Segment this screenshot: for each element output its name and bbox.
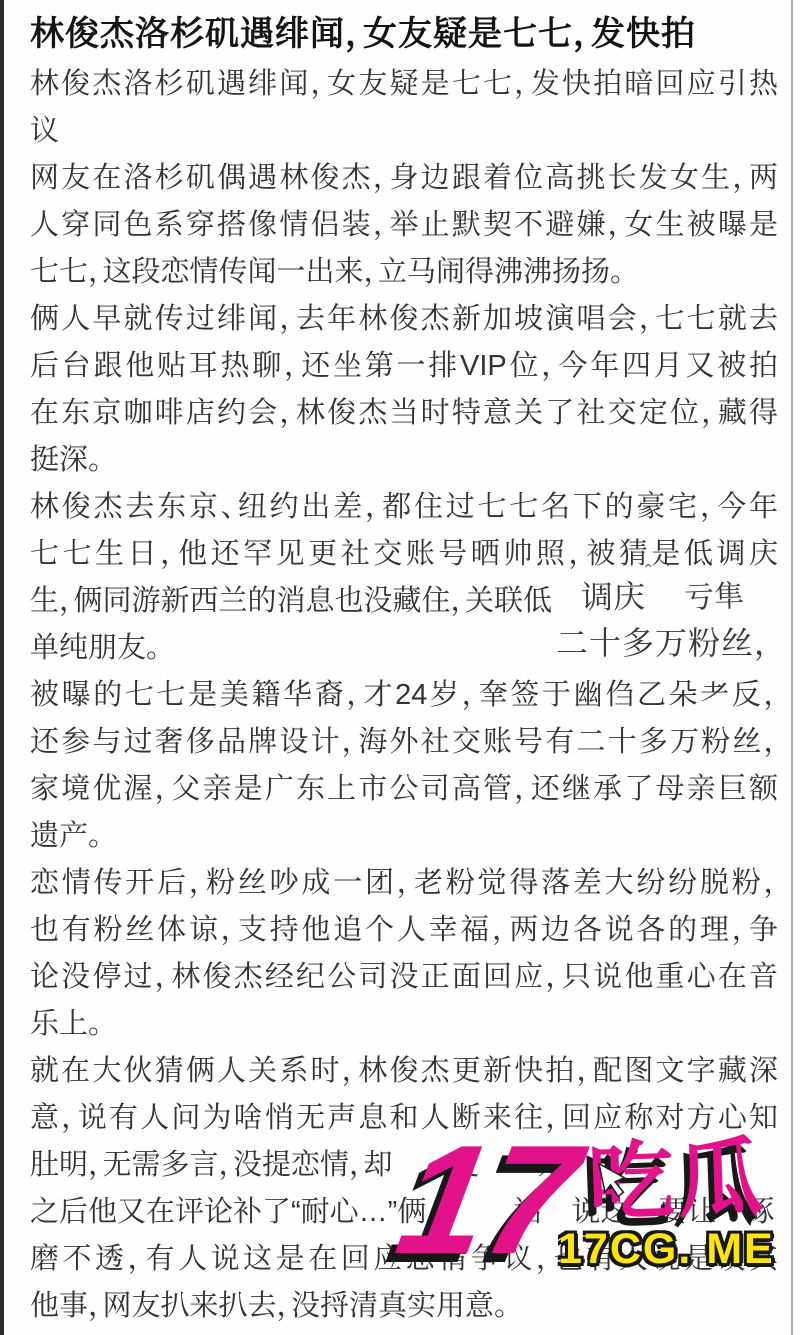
text-line: 乐上。	[30, 1001, 778, 1048]
ghost-text-overlay: 调庆	[581, 571, 646, 618]
watermark-site-url: 17CG. ME	[558, 1228, 775, 1271]
text-line: 林俊杰洛杉矶遇绯闻，女友疑是七七，发快拍暗回应引热	[30, 61, 778, 108]
text-line: 还参与过奢侈品牌设计，海外社交账号有二十多万粉丝，	[30, 719, 778, 766]
text-line: 论没停过，林俊杰经纪公司没正面回应，只说他重心在音	[30, 954, 778, 1001]
text-line: 林俊杰去东京、纽约出差，都住过七七名下的豪宅，今年	[30, 484, 778, 531]
text-line: 后台跟他贴耳热聊，还坐第一排VIP位，今年四月又被拍	[30, 343, 778, 390]
text-line: 他事，网友扒来扒去，没捋清真实用意。	[30, 1283, 778, 1330]
text-line: 网友在洛杉矶偶遇林俊杰，身边跟着位高挑长发女生，两	[30, 155, 778, 202]
ghost-marks-overlay: ˆ˙	[645, 562, 686, 585]
text-line: 俩人早就传过绯闻，去年林俊杰新加坡演唱会，七七就去	[30, 296, 778, 343]
text-line: 被曝的七七是美籍华裔，才24岁，羍签于幽㑇乙朵耂反，	[30, 672, 778, 719]
ghost-text-overlay: 二十多万粉丝，	[556, 618, 787, 664]
text-line: 遗产。	[30, 813, 778, 860]
text-line: 也有粉丝体谅，支持他追个人幸福，两边各说各的理，争	[30, 907, 778, 954]
text-line: 人穿同色系穿搭像情侣装，举止默契不避嫌，女生被曝是	[30, 202, 778, 249]
text-line: 在东京咖啡店约会，林俊杰当时特意关了社交定位，藏得	[30, 390, 778, 437]
text-line: 就在大伙猜俩人关系时，林俊杰更新快拍，配图文字藏深	[30, 1048, 778, 1095]
text-line: 家境优渥，父亲是广东上市公司高管，还继承了母亲巨额	[30, 766, 778, 813]
text-line: 恋情传开后，粉丝吵成一团，老粉觉得落差大纷纷脱粉，	[30, 860, 778, 907]
text-line: 七七，这段恋情传闻一出来，立马闹得沸沸扬扬。	[30, 249, 778, 296]
ghost-text-overlay: 亏隼	[683, 571, 744, 617]
right-border-line	[791, 0, 793, 1335]
article-screenshot: 林俊杰洛杉矶遇绯闻，女友疑是七七，发快拍 林俊杰洛杉矶遇绯闻，女友疑是七七，发快…	[0, 0, 800, 1335]
article-title: 林俊杰洛杉矶遇绯闻，女友疑是七七，发快拍	[30, 6, 780, 55]
text-line: 挺深。	[30, 437, 778, 484]
text-line: 议	[30, 108, 778, 155]
left-border-line	[0, 0, 4, 1335]
